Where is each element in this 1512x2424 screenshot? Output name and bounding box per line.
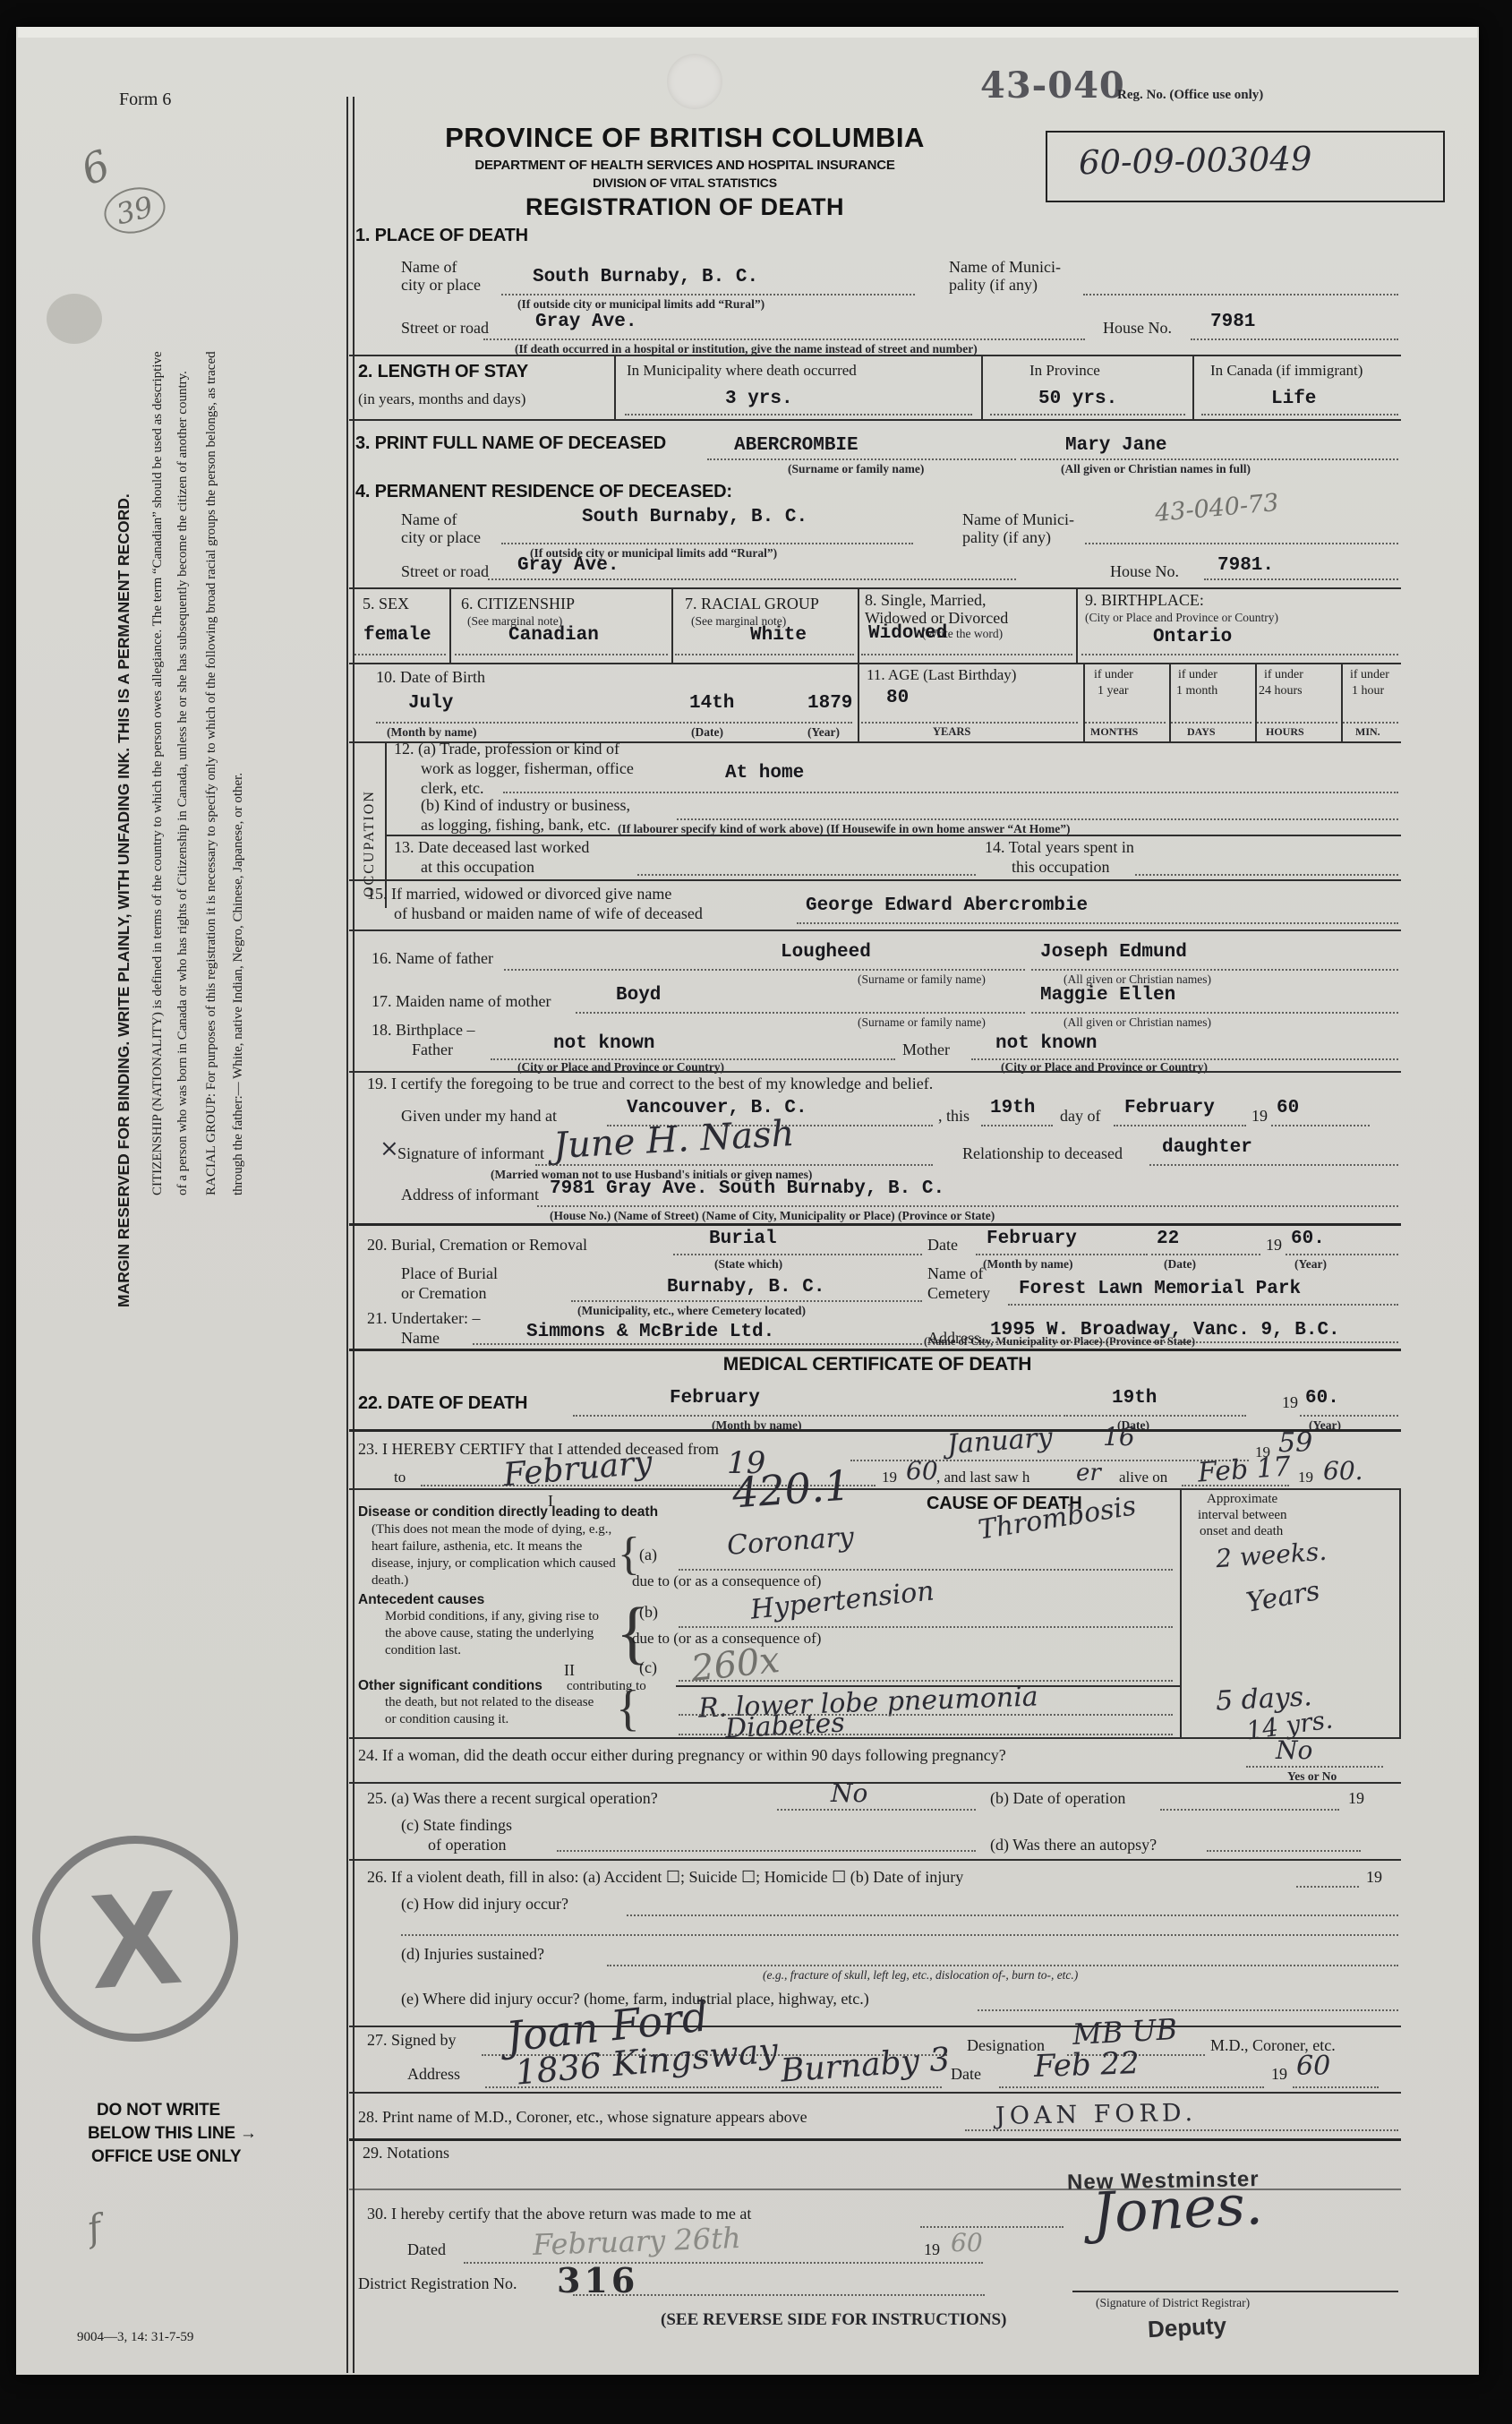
form-number: Form 6 <box>119 90 171 110</box>
ink-blot <box>47 294 102 344</box>
dotted-line <box>571 1300 922 1302</box>
s12-b2: as logging, fishing, bank, etc. <box>421 816 611 835</box>
s25-b: (b) Date of operation <box>990 1789 1125 1808</box>
dotted-line <box>573 2294 985 2296</box>
s19-certify: 19. I certify the foregoing to be true a… <box>367 1075 933 1093</box>
scanned-death-registration: Form 6 PROVINCE OF BRITISH COLUMBIA DEPA… <box>0 0 1512 2424</box>
s20-place-note: (Municipality, etc., where Cemetery loca… <box>577 1304 806 1318</box>
rule-v <box>981 355 983 419</box>
dotted-line <box>1085 722 1166 724</box>
s17-surname: Boyd <box>616 985 661 1006</box>
s11-u3c: HOURS <box>1266 725 1304 739</box>
cause-interval-1: Approximate <box>1207 1492 1277 1507</box>
dotted-line <box>1201 414 1398 415</box>
dotted-line <box>707 458 1016 460</box>
cause-a-label: (a) <box>639 1546 657 1564</box>
s9-note: (City or Place and Province or Country) <box>1085 611 1278 625</box>
dotted-line <box>1083 294 1398 296</box>
cause-other-1: the death, but not related to the diseas… <box>385 1695 594 1710</box>
rule-v <box>353 97 355 2373</box>
file-number-stamp: 43-040 <box>980 64 1125 107</box>
rule-v <box>1076 587 1078 663</box>
page-title: REGISTRATION OF DEATH <box>340 193 1029 221</box>
s22-yr-printed: 19 <box>1282 1393 1298 1412</box>
s10-year: 1879 <box>807 693 852 714</box>
s1-muni-label-1: Name of Munici- <box>949 258 1061 277</box>
dotted-line <box>1135 874 1398 876</box>
s30-dated-label: Dated <box>407 2240 446 2259</box>
s27-signed-label: 27. Signed by <box>367 2031 457 2050</box>
dotted-line <box>537 1205 1398 1207</box>
s28-value: JOAN FORD. <box>995 2099 1198 2130</box>
s20-method: Burial <box>709 1229 777 1249</box>
s2-muni-label: In Municipality where death occurred <box>627 362 857 380</box>
s19-given-at: Given under my hand at <box>401 1107 557 1126</box>
department-line: DEPARTMENT OF HEALTH SERVICES AND HOSPIT… <box>340 158 1029 173</box>
s11-u2b: 1 month <box>1176 684 1217 698</box>
s16-given: Joseph Edmund <box>1040 942 1187 963</box>
s2-title: 2. LENGTH OF STAY <box>358 362 528 382</box>
s11-u2c: DAYS <box>1187 725 1216 739</box>
s17-label: 17. Maiden name of mother <box>372 992 551 1011</box>
s11-u1b: 1 year <box>1098 684 1129 698</box>
dotted-line <box>1031 969 1398 971</box>
cause-ante-3: condition last. <box>385 1643 461 1658</box>
print-code: 9004—3, 14: 31-7-59 <box>77 2330 193 2345</box>
rule-h <box>349 929 1401 931</box>
s5-value: female <box>363 625 431 646</box>
underlying-sheet-edge <box>18 27 1477 38</box>
s23-yr-printed3: 19 <box>1298 1469 1313 1486</box>
s7-value: White <box>750 625 807 646</box>
rule-h <box>349 419 1401 421</box>
rule-v <box>346 97 348 2373</box>
s19-address: 7981 Gray Ave. South Burnaby, B. C. <box>550 1178 944 1199</box>
dotted-line <box>976 1254 1148 1255</box>
s18-label: 18. Birthplace – <box>372 1021 474 1040</box>
s25-c1: (c) State findings <box>401 1816 512 1835</box>
margin-racial-note-2: through the father:— White, native India… <box>231 569 246 1195</box>
s19-sig-mark: × <box>380 1135 399 1162</box>
s18-father-label: Father <box>412 1041 453 1059</box>
dotted-line <box>675 654 854 655</box>
rule-h <box>349 1859 1401 1861</box>
dotted-line <box>920 2226 1064 2228</box>
dotted-line <box>1246 1766 1383 1768</box>
s21-name-label: Name <box>401 1329 440 1348</box>
s18-mother-label: Mother <box>902 1041 950 1059</box>
s30-yr-printed: 19 <box>924 2240 940 2259</box>
dotted-line <box>464 2262 983 2264</box>
dotted-line <box>677 818 1398 820</box>
s20-place-value: Burnaby, B. C. <box>667 1277 824 1298</box>
s10-day-note: (Date) <box>691 725 723 740</box>
s11-years-label: YEARS <box>933 725 970 739</box>
dotted-line <box>1151 1254 1260 1255</box>
margin-racial-note-1: RACIAL GROUP: For purposes of this regis… <box>204 233 219 1195</box>
dotted-line <box>999 2086 1264 2088</box>
s11-u3: if under <box>1264 668 1303 682</box>
s18-father-value: not known <box>553 1033 654 1054</box>
s20-place1: Place of Burial <box>401 1264 498 1283</box>
dotted-line <box>535 1164 933 1166</box>
province-title: PROVINCE OF BRITISH COLUMBIA <box>340 122 1029 154</box>
s19-month: February <box>1124 1098 1215 1118</box>
dotted-line <box>1171 722 1251 724</box>
rule-v <box>1399 1488 1401 1737</box>
s12-a3: clerk, etc. <box>421 779 483 798</box>
dotted-line <box>1257 722 1337 724</box>
s10-month: July <box>408 693 453 714</box>
s20-cem1: Name of <box>927 1264 983 1283</box>
s3-surname: ABERCROMBIE <box>734 435 859 456</box>
s11-u4: if under <box>1350 668 1389 682</box>
cause-b-label: (b) <box>639 1603 658 1622</box>
rule-h-heavy <box>349 1349 1401 1351</box>
rule-h-heavy <box>349 2138 1401 2141</box>
s11-u2: if under <box>1178 668 1217 682</box>
s8-value: Widowed <box>868 623 947 644</box>
dotted-line <box>355 654 446 655</box>
dotted-line <box>981 1125 1053 1126</box>
do-not-write-1: DO NOT WRITE <box>97 2101 220 2120</box>
s20-day: 22 <box>1157 1229 1179 1249</box>
s11-u3b: 24 hours <box>1259 684 1303 698</box>
rule-v <box>858 587 859 663</box>
s23-to-yr: 60 <box>906 1456 938 1486</box>
cause-lead-1: (This does not mean the mode of dying, e… <box>372 1522 611 1537</box>
s4-house-value: 7981. <box>1217 555 1274 576</box>
dotted-line <box>1085 543 1398 544</box>
s21-addr-note: (Name of City, Municipality or Place) (P… <box>924 1335 1195 1349</box>
s3-surname-note: (Surname or family name) <box>788 462 924 476</box>
s23-to: to <box>394 1469 406 1486</box>
cause-other-line-2: Diabetes <box>724 1708 845 1745</box>
s4-street-label: Street or road <box>401 562 489 581</box>
rule-h <box>349 663 1401 664</box>
dotted-line <box>1081 654 1398 655</box>
reg-no-label: Reg. No. (Office use only) <box>1117 88 1263 103</box>
s27-yr: 60 <box>1296 2051 1330 2082</box>
dotted-line <box>861 654 1072 655</box>
cause-c-label: (c) <box>639 1658 657 1677</box>
s15-l1: 15. If married, widowed or divorced give… <box>367 885 671 904</box>
s25-d: (d) Was there an autopsy? <box>990 1836 1157 1854</box>
rule-h <box>349 1782 1401 1784</box>
rule-v <box>858 663 859 741</box>
rule-v <box>1169 663 1171 741</box>
rule-v <box>449 587 451 663</box>
rule-h-heavy <box>349 1429 1401 1432</box>
s1-city-value: South Burnaby, B. C. <box>533 267 758 287</box>
rule-v <box>1083 663 1085 741</box>
s19-day: 19th <box>990 1098 1035 1118</box>
cause-ante-1: Morbid conditions, if any, giving rise t… <box>385 1609 599 1624</box>
margin-binding-note: MARGIN RESERVED FOR BINDING. WRITE PLAIN… <box>115 372 133 1307</box>
s4-city-label: city or place <box>401 528 481 547</box>
s23-er: er <box>1076 1460 1101 1486</box>
s4-street-value: Gray Ave. <box>517 555 619 576</box>
dotted-line <box>1064 1415 1246 1417</box>
dotted-line <box>965 2129 1398 2131</box>
rule-v <box>385 741 387 908</box>
rule-v <box>1192 355 1194 419</box>
s2-canada-value: Life <box>1271 389 1316 409</box>
s20-day-note: (Date) <box>1164 1257 1196 1272</box>
cause-lead-3: disease, injury, or complication which c… <box>372 1556 616 1572</box>
s14-l2: this occupation <box>1012 858 1109 877</box>
s11-u1: if under <box>1094 668 1133 682</box>
s11-value: 80 <box>886 688 909 708</box>
s30-label: 30. I hereby certify that the above retu… <box>367 2205 751 2223</box>
s3-given: Mary Jane <box>1065 435 1166 456</box>
s19-this: , this <box>938 1107 970 1126</box>
dotted-line <box>1296 1886 1359 1888</box>
s7-title: 7. RACIAL GROUP <box>685 595 819 613</box>
s4-city-value: South Burnaby, B. C. <box>582 507 807 527</box>
s22-day: 19th <box>1112 1388 1157 1409</box>
s30-yr: 60 <box>951 2228 983 2257</box>
s20-yr-printed: 19 <box>1266 1236 1282 1255</box>
s19-day-of: day of <box>1060 1107 1100 1126</box>
s17-given-note: (All given or Christian names) <box>1064 1015 1211 1030</box>
s22-month: February <box>670 1388 760 1409</box>
dotted-line <box>777 1809 976 1811</box>
rule-h <box>349 1488 1401 1490</box>
dotted-line <box>1021 458 1398 460</box>
dotted-line <box>637 874 976 876</box>
s17-given: Maggie Ellen <box>1040 985 1175 1006</box>
s1-street-value: Gray Ave. <box>535 312 636 332</box>
s20-date-label: Date <box>927 1236 958 1255</box>
dotted-line <box>1271 1125 1370 1126</box>
s1-house-label: House No. <box>1103 319 1172 338</box>
s16-surname: Lougheed <box>781 942 871 963</box>
cause-ante-2: the above cause, stating the underlying <box>385 1626 594 1641</box>
s25-c2: of operation <box>428 1836 506 1854</box>
s30-dist-label: District Registration No. <box>358 2274 517 2293</box>
dotted-line <box>861 722 1078 724</box>
cause-other-2: or condition causing it. <box>385 1712 508 1727</box>
s23-yr-printed2: 19 <box>882 1469 897 1486</box>
rule-h <box>349 2092 1401 2094</box>
dotted-line <box>607 1965 1398 1966</box>
medical-cert-title: MEDICAL CERTIFICATE OF DEATH <box>591 1354 1164 1375</box>
s27-yr-printed: 19 <box>1271 2065 1287 2084</box>
s20-yr: 60. <box>1291 1229 1325 1249</box>
dotted-line <box>455 654 668 655</box>
cause-lead-4: death.) <box>372 1573 408 1589</box>
cause-other-bold: Other significant conditions <box>358 1678 542 1694</box>
s25-a-value: No <box>831 1778 867 1808</box>
s8-title-1: 8. Single, Married, <box>865 591 986 610</box>
s2-muni-value: 3 yrs. <box>725 389 793 409</box>
s15-l2: of husband or maiden name of wife of dec… <box>394 904 703 923</box>
s14-l1: 14. Total years spent in <box>985 838 1134 857</box>
s30-dated-value: February 26th <box>532 2221 741 2262</box>
rule-h <box>385 835 1401 836</box>
s4-name-of: Name of <box>401 510 457 529</box>
rule-v <box>614 355 616 419</box>
registrar-signature: Jones. <box>1090 2171 1264 2246</box>
s19-relationship: daughter <box>1162 1137 1252 1158</box>
s26-a-yr: 19 <box>1366 1868 1382 1887</box>
s20-month: February <box>987 1229 1077 1249</box>
s30-registrar-note: (Signature of District Registrar) <box>1096 2296 1250 2310</box>
dotted-line <box>557 1850 976 1852</box>
s3-given-note: (All given or Christian names in full) <box>1061 462 1251 476</box>
hole-punch <box>667 54 722 109</box>
s12-a1: 12. (a) Trade, profession or kind of <box>394 740 619 758</box>
s10-day: 14th <box>689 693 734 714</box>
s27-date: Feb 22 <box>1033 2045 1140 2085</box>
rule-v <box>1180 1488 1182 1737</box>
brace: { <box>616 1680 640 1737</box>
cause-interval-2: interval between <box>1198 1508 1287 1523</box>
dotted-line <box>1191 338 1398 340</box>
cause-interval-3: onset and death <box>1200 1524 1283 1539</box>
s1-rural-note: (If outside city or municipal limits add… <box>517 297 765 312</box>
margin-citizenship-note-2: of a person who was born in Canada or wh… <box>175 233 191 1195</box>
dotted-line <box>1207 1850 1361 1852</box>
s3-title: 3. PRINT FULL NAME OF DECEASED <box>355 433 666 454</box>
s28-label: 28. Print name of M.D., Coroner, etc., w… <box>358 2108 807 2127</box>
dotted-line <box>1286 1254 1398 1255</box>
dotted-line <box>625 414 972 415</box>
dotted-line <box>501 294 915 296</box>
rule-h <box>349 1737 1401 1739</box>
s19-yr-printed: 19 <box>1251 1107 1268 1126</box>
s11-u4b: 1 hour <box>1352 684 1384 698</box>
s2-canada-label: In Canada (if immigrant) <box>1210 362 1363 380</box>
dotted-line <box>679 1626 1173 1628</box>
s6-title: 6. CITIZENSHIP <box>461 595 575 613</box>
s1-muni-label-2: pality (if any) <box>949 276 1038 295</box>
s12-b1: (b) Kind of industry or business, <box>421 796 630 815</box>
rule-h <box>1072 2291 1398 2292</box>
s26-d: (d) Injuries sustained? <box>401 1945 544 1964</box>
s24-value: No <box>1276 1735 1312 1765</box>
dotted-line <box>501 543 913 544</box>
s1-street-label: Street or road <box>401 319 489 338</box>
s10-year-note: (Year) <box>807 725 840 740</box>
deputy-stamp: Deputy <box>1147 2312 1227 2344</box>
s19-rel-label: Relationship to deceased <box>962 1144 1123 1163</box>
s20-month-note: (Month by name) <box>983 1257 1073 1272</box>
s19-yr: 60 <box>1277 1098 1299 1118</box>
dotted-line <box>1114 1125 1246 1126</box>
s19-sig-label: Signature of informant <box>397 1144 544 1163</box>
s23-seen-yr: 60. <box>1323 1456 1363 1486</box>
s11-title: 11. AGE (Last Birthday) <box>867 666 1016 684</box>
dotted-line <box>488 578 1016 580</box>
margin-citizenship-note-1: CITIZENSHIP (NATIONALITY) is defined in … <box>150 233 166 1195</box>
dotted-line <box>990 414 1185 415</box>
s13-l2: at this occupation <box>421 858 534 877</box>
s15-value: George Edward Abercrombie <box>806 895 1088 916</box>
rule-h <box>349 879 1401 881</box>
s4-muni-label-1: Name of Munici- <box>962 510 1074 529</box>
cause-code-handwritten: 420.1 <box>730 1460 851 1517</box>
dotted-line <box>401 1934 1398 1936</box>
s2-subtitle: (in years, months and days) <box>358 390 525 408</box>
division-line: DIVISION OF VITAL STATISTICS <box>340 176 1029 190</box>
s16-label: 16. Name of father <box>372 949 493 968</box>
dotted-line <box>573 1415 1061 1417</box>
s11-u4c: MIN. <box>1355 725 1380 739</box>
s1-title: 1. PLACE OF DEATH <box>355 226 528 246</box>
dotted-line <box>679 1734 1173 1735</box>
dotted-line <box>797 922 1398 924</box>
s2-prov-value: 50 yrs. <box>1038 389 1117 409</box>
rule-v <box>1255 663 1257 741</box>
occupation-vertical-label: OCCUPATION <box>362 745 378 897</box>
dotted-line <box>1300 1415 1398 1417</box>
s12-a2: work as logger, fisherman, office <box>421 759 634 778</box>
s27-addr-label: Address <box>407 2065 460 2084</box>
s20-state-which: (State which) <box>714 1257 782 1272</box>
cause-due-1: due to (or as a consequence of) <box>632 1572 821 1590</box>
reg-no-value: 60-09-003049 <box>1079 140 1312 183</box>
s29-label: 29. Notations <box>363 2144 449 2163</box>
s11-u1c: MONTHS <box>1090 725 1138 739</box>
s20-yr-note: (Year) <box>1294 1257 1327 1272</box>
s21-name: Simmons & McBride Ltd. <box>526 1322 774 1342</box>
s21-label: 21. Undertaker: – <box>367 1309 480 1328</box>
s10-title: 10. Date of Birth <box>376 668 485 687</box>
dotted-line <box>1343 722 1398 724</box>
s23-seen: Feb 17 <box>1197 1451 1292 1488</box>
rule-v <box>1341 663 1343 741</box>
s12-a-value: At home <box>725 763 804 784</box>
rule-h-heavy <box>349 1223 1401 1226</box>
s22-yr: 60. <box>1305 1388 1339 1409</box>
dotted-line <box>473 1343 922 1345</box>
rule-v <box>671 587 673 663</box>
s16-surname-note: (Surname or family name) <box>858 972 986 987</box>
s26-c: (c) How did injury occur? <box>401 1895 568 1914</box>
do-not-write-2: BELOW THIS LINE → <box>88 2124 257 2144</box>
s20-place2: or Cremation <box>401 1284 486 1303</box>
do-not-write-3: OFFICE USE ONLY <box>91 2147 241 2167</box>
cause-roman-2: II <box>564 1661 575 1680</box>
s5-title: 5. SEX <box>363 595 409 613</box>
s9-title: 9. BIRTHPLACE: <box>1085 591 1204 610</box>
s20-cemetery: Forest Lawn Memorial Park <box>1019 1279 1301 1299</box>
dotted-line <box>978 2009 1398 2011</box>
s10-month-note: (Month by name) <box>387 725 477 740</box>
s20-cem2: Cemetery <box>927 1284 990 1303</box>
cause-lead-2: heart failure, asthenia, etc. It means t… <box>372 1539 582 1555</box>
dotted-line <box>1293 2086 1379 2088</box>
cause-antecedent-bold: Antecedent causes <box>358 1592 484 1608</box>
rule-h <box>349 355 1401 356</box>
dotted-line <box>576 1012 1025 1014</box>
dotted-line <box>376 722 852 724</box>
dotted-line <box>1160 1809 1339 1811</box>
s23-alive: alive on <box>1119 1469 1167 1486</box>
s19-addr-note: (House No.) (Name of Street) (Name of Ci… <box>550 1209 995 1223</box>
dotted-line <box>679 1569 1173 1571</box>
s24-label: 24. If a woman, did the death occur eith… <box>358 1746 1006 1765</box>
cause-lead-bold: Disease or condition directly leading to… <box>358 1504 658 1520</box>
s18-mother-value: not known <box>995 1033 1097 1054</box>
dotted-line <box>483 338 1085 340</box>
s13-l1: 13. Date deceased last worked <box>394 838 589 857</box>
s4-title: 4. PERMANENT RESIDENCE OF DECEASED: <box>355 482 732 502</box>
rule-h <box>349 587 1401 589</box>
s25-a: 25. (a) Was there a recent surgical oper… <box>367 1789 658 1808</box>
